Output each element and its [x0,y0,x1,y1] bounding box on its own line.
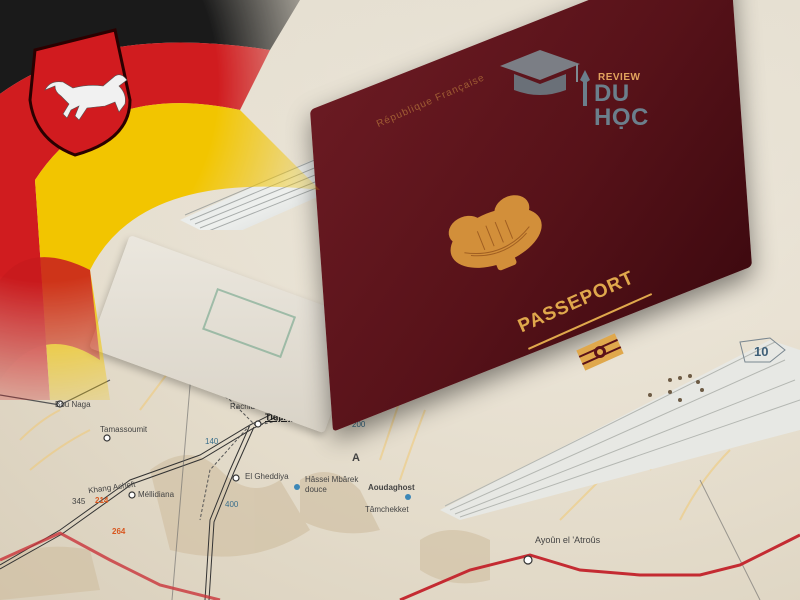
map-label: Tamassoumit [100,425,147,434]
map-region-letter: A [352,452,360,464]
pen-nib-icon [578,70,592,106]
passport-pages-right: 10 [440,320,800,520]
map-label: Tâmchekket [365,505,409,514]
lower-saxony-flag [0,0,360,420]
page-number-stamp: 10 [754,344,768,359]
road-number: 264 [112,527,125,536]
graduation-cap-icon [496,46,586,108]
coat-of-arms-icon [430,190,560,280]
map-label: El Gheddiya [245,472,289,481]
road-number: 345 [72,497,85,506]
photo-scene: Bou Naga Tamassoumit Khang Acheft Méllid… [0,0,800,600]
road-number: 214 [95,496,108,505]
review-du-hoc-logo: REVIEW DU HỌC [496,46,676,108]
logo-duhoc-text: DU HỌC [594,82,676,130]
map-label: Ayoûn el 'Atroûs [535,535,600,545]
map-label: Méllidiana [138,490,174,499]
road-number: 400 [225,500,238,509]
road-number: 140 [205,437,218,446]
map-label: Hâssei Mbârek [305,475,358,484]
map-label: douce [305,485,327,494]
map-label: Aoudaghost [368,483,415,492]
